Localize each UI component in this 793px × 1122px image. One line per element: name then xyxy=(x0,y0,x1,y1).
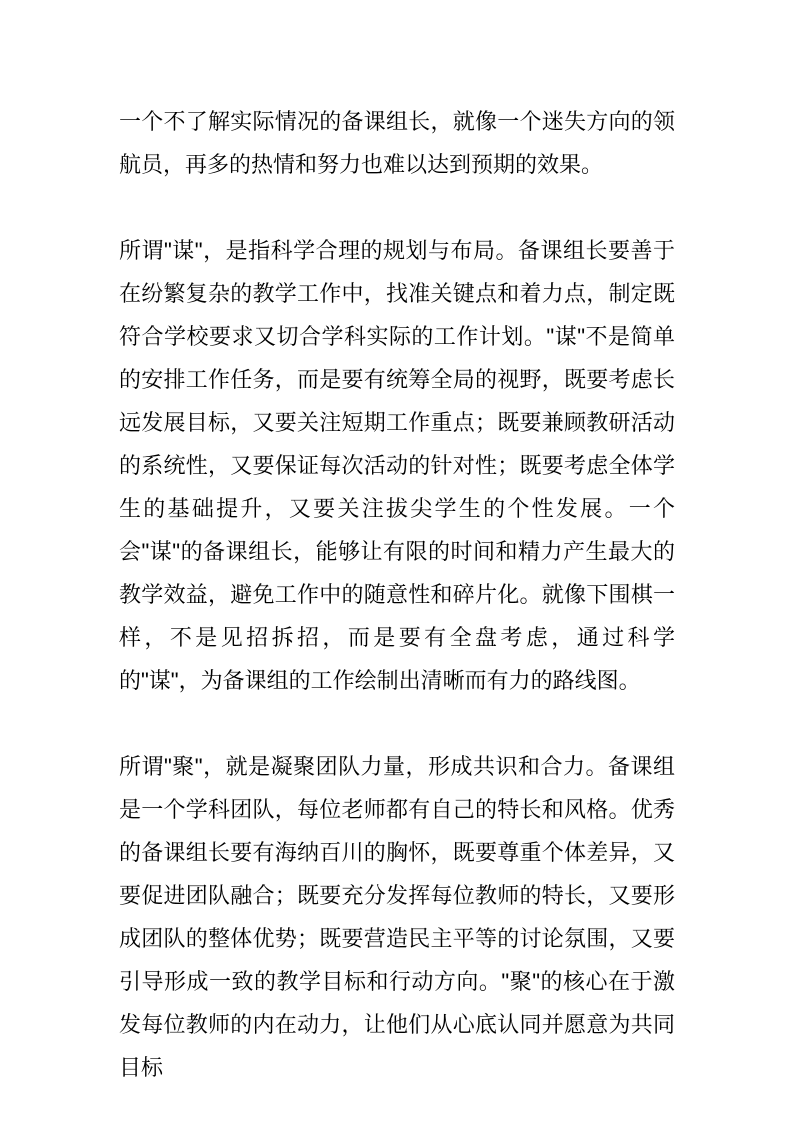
paragraph-mou: 所谓"谋"，是指科学合理的规划与布局。备课组长要善于在纷繁复杂的教学工作中，找准… xyxy=(119,229,675,702)
paragraph-intro: 一个不了解实际情况的备课组长，就像一个迷失方向的领航员，再多的热情和努力也难以达… xyxy=(119,100,675,186)
document-body: 一个不了解实际情况的备课组长，就像一个迷失方向的领航员，再多的热情和努力也难以达… xyxy=(119,100,675,1089)
paragraph-ju: 所谓"聚"，就是凝聚团队力量，形成共识和合力。备课组是一个学科团队，每位老师都有… xyxy=(119,745,675,1089)
document-page: 一个不了解实际情况的备课组长，就像一个迷失方向的领航员，再多的热情和努力也难以达… xyxy=(0,0,793,1122)
